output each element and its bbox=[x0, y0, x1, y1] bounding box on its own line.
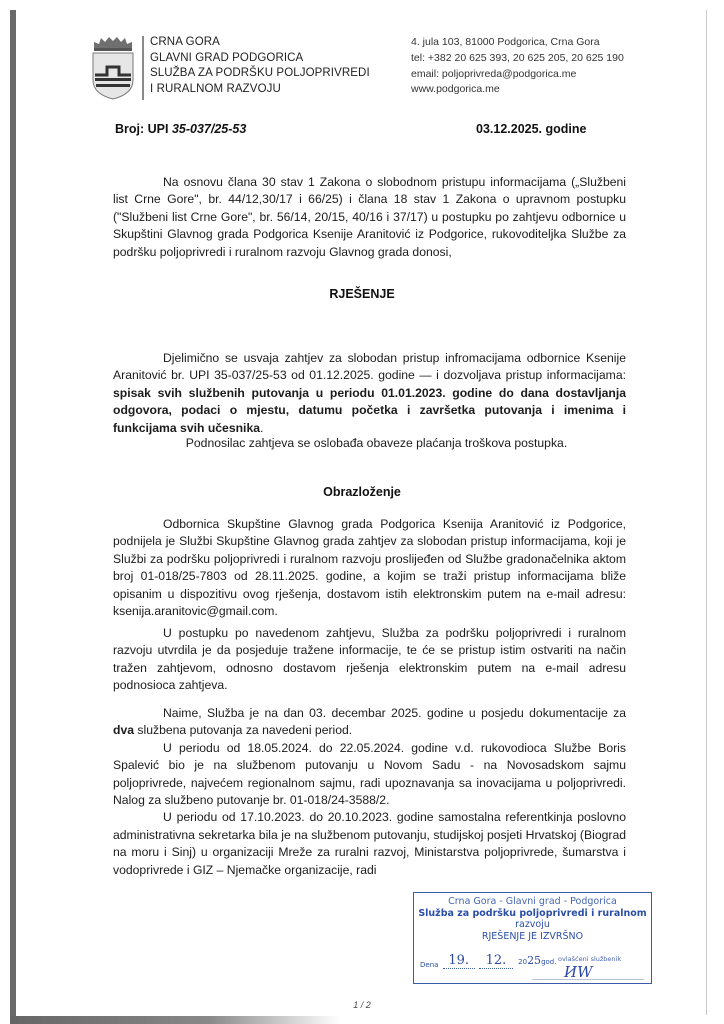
stamp-year-prefix: 20 bbox=[518, 958, 527, 966]
letterhead-divider bbox=[142, 36, 144, 100]
stamp-line-3: razvoju bbox=[414, 920, 651, 930]
reasoning-paragraph-1: Odbornica Skupštine Glavnog grada Podgor… bbox=[113, 516, 626, 620]
org-line: I RURALNOM RAZVOJU bbox=[150, 82, 370, 98]
reference-label: Broj: UPI bbox=[115, 122, 172, 136]
preamble: Na osnovu člana 30 stav 1 Zakona o slobo… bbox=[113, 174, 626, 261]
trip-2024: U periodu od 18.05.2024. do 22.05.2024. … bbox=[113, 740, 626, 810]
stamp-day: 19. bbox=[443, 953, 475, 969]
decision-bold-text: spisak svih službenih putovanja u period… bbox=[113, 386, 626, 435]
contact-phone: tel: +382 20 625 393, 20 625 205, 20 625… bbox=[411, 51, 624, 67]
decision: Djelimično se usvaja zahtjev za slobodan… bbox=[113, 350, 626, 437]
org-line: GLAVNI GRAD PODGORICA bbox=[150, 51, 370, 67]
contact-email: email: poljoprivreda@podgorica.me bbox=[411, 67, 624, 83]
decision-heading: RJEŠENJE bbox=[0, 287, 724, 301]
contact-address: 4. jula 103, 81000 Podgorica, Crna Gora bbox=[411, 35, 624, 51]
stamp-year-hand: 25 bbox=[527, 954, 541, 967]
costs-note: Podnosilac zahtjeva se oslobađa obaveze … bbox=[113, 436, 626, 450]
signature-line bbox=[532, 979, 644, 980]
organization-name: CRNA GORA GLAVNI GRAD PODGORICA SLUŽBA Z… bbox=[150, 35, 370, 97]
decision-text: Djelimično se usvaja zahtjev za slobodan… bbox=[113, 350, 626, 437]
reasoning-paragraph-2: U postupku po navedenom zahtjevu, Služba… bbox=[113, 625, 626, 695]
org-line: SLUŽBA ZA PODRŠKU POLJOPRIVREDI bbox=[150, 66, 370, 82]
stamp-authorized-label: ovlašćeni službenik bbox=[558, 955, 621, 963]
stamp-line-4: RJEŠENJE JE IZVRŠNO bbox=[414, 930, 651, 943]
scan-edge-left bbox=[10, 10, 16, 1024]
reasoning-paragraph-3: Naime, Služba je na dan 03. decembar 202… bbox=[113, 705, 626, 879]
scan-edge-right bbox=[706, 10, 707, 1015]
reference-number: Broj: UPI 35-037/25-53 bbox=[115, 122, 246, 136]
contact-website: www.podgorica.me bbox=[411, 82, 624, 98]
stamp-line-1: Crna Gora - Glavni grad - Podgorica bbox=[414, 896, 651, 908]
stamp-year-suffix: god. bbox=[541, 958, 556, 966]
org-line: CRNA GORA bbox=[150, 35, 370, 51]
reference-value: 35-037/25-53 bbox=[172, 122, 246, 136]
stamp-month: 12. bbox=[479, 953, 513, 969]
stamp-date-label: Dena bbox=[420, 961, 438, 969]
trip-2023: U periodu od 17.10.2023. do 20.10.2023. … bbox=[113, 809, 626, 879]
document-date: 03.12.2025. godine bbox=[476, 122, 586, 136]
executive-stamp: Crna Gora - Glavni grad - Podgorica Služ… bbox=[413, 892, 652, 984]
scan-edge-bottom bbox=[10, 1016, 340, 1024]
contact-info: 4. jula 103, 81000 Podgorica, Crna Gora … bbox=[411, 35, 624, 98]
coat-of-arms-icon bbox=[91, 36, 135, 100]
reasoning-heading: Obrazloženje bbox=[0, 485, 724, 499]
preamble-text: Na osnovu člana 30 stav 1 Zakona o slobo… bbox=[113, 174, 626, 261]
page-number: 1 / 2 bbox=[0, 1000, 724, 1010]
